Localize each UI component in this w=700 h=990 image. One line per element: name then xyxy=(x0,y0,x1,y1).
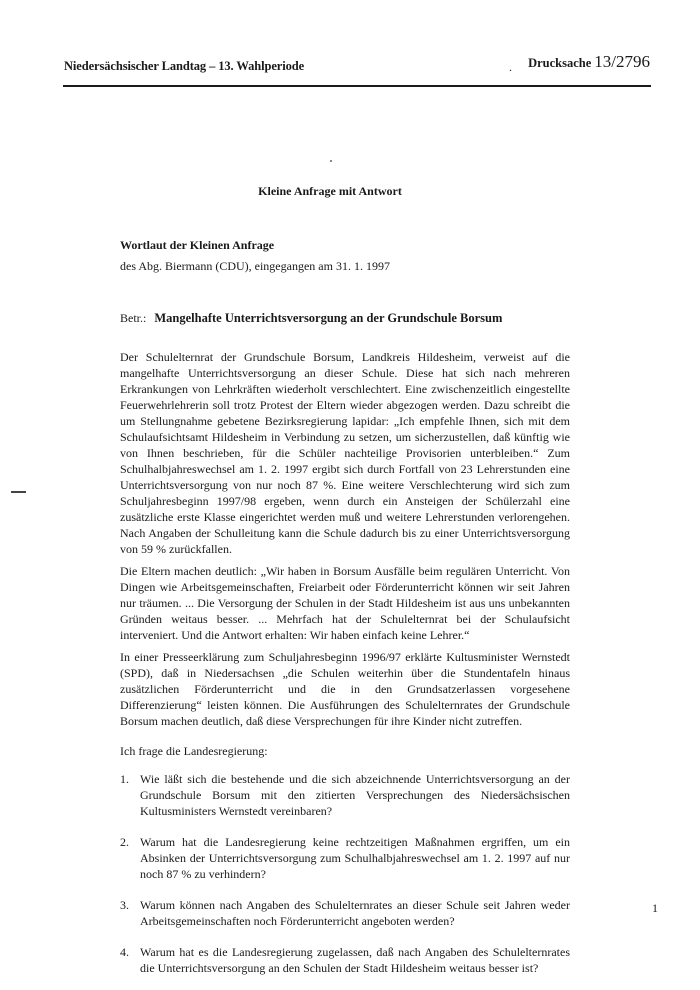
question-number: 3. xyxy=(120,897,129,913)
page-number: 1 xyxy=(652,901,658,916)
scan-speck: . xyxy=(509,60,512,75)
question-text: Warum hat die Landesregierung keine rech… xyxy=(140,835,570,881)
question-item: 1.Wie läßt sich die bestehende und die s… xyxy=(120,771,570,819)
document-number: 13/2796 xyxy=(594,52,650,71)
query-heading: Wortlaut der Kleinen Anfrage xyxy=(120,238,569,253)
document-label: Drucksache xyxy=(528,56,591,70)
subject-title: Mangelhafte Unterrichtsversorgung an der… xyxy=(154,311,502,325)
header-parliament: Niedersächsischer Landtag – 13. Wahlperi… xyxy=(64,59,304,74)
document-title: Kleine Anfrage mit Antwort xyxy=(0,184,660,199)
margin-mark xyxy=(11,491,26,493)
question-intro: Ich frage die Landesregierung: xyxy=(120,743,570,759)
scan-speck xyxy=(330,160,332,162)
query-byline: des Abg. Biermann (CDU), eingegangen am … xyxy=(120,259,569,274)
paragraph: Die Eltern machen deutlich: „Wir haben i… xyxy=(120,563,570,643)
header-document-number: Drucksache13/2796 xyxy=(528,52,650,72)
question-list: 1.Wie läßt sich die bestehende und die s… xyxy=(120,771,570,976)
question-item: 2.Warum hat die Landesregierung keine re… xyxy=(120,834,570,882)
paragraph: In einer Presseerklärung zum Schuljahres… xyxy=(120,649,570,729)
header-rule xyxy=(63,85,651,87)
question-number: 2. xyxy=(120,834,129,850)
question-item: 4.Warum hat es die Landesregierung zugel… xyxy=(120,944,570,976)
document-body: Der Schulelternrat der Grundschule Borsu… xyxy=(120,349,570,990)
subject-line: Betr.:Mangelhafte Unterrichtsversorgung … xyxy=(120,311,569,326)
question-text: Warum hat es die Landesregierung zugelas… xyxy=(140,945,570,975)
subject-label: Betr.: xyxy=(120,311,146,325)
question-number: 4. xyxy=(120,944,129,960)
question-item: 3.Warum können nach Angaben des Schulelt… xyxy=(120,897,570,929)
question-text: Warum können nach Angaben des Schulelter… xyxy=(140,898,570,928)
paragraph: Der Schulelternrat der Grundschule Borsu… xyxy=(120,349,570,557)
question-number: 1. xyxy=(120,771,129,787)
question-text: Wie läßt sich die bestehende und die sic… xyxy=(140,772,570,818)
